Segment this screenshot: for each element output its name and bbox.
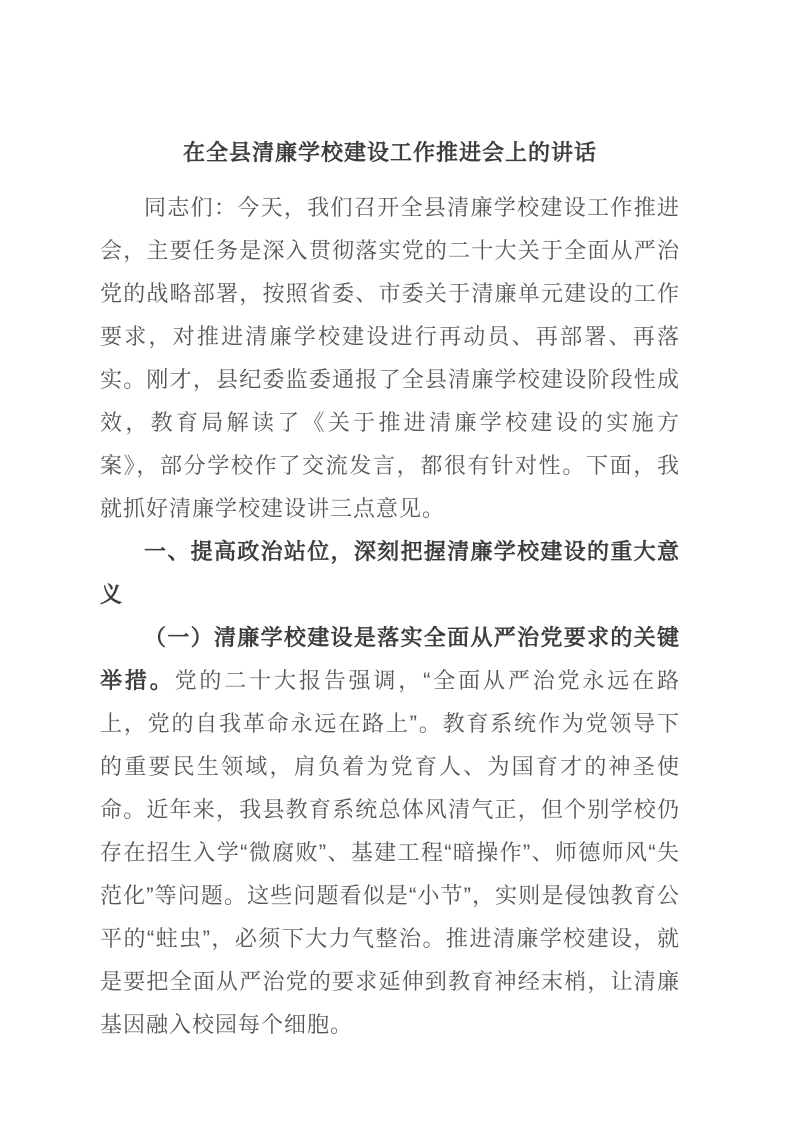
opening-paragraph: 同志们：今天，我们召开全县清廉学校建设工作推进会，主要任务是深入贯彻落实党的二十…: [100, 186, 680, 530]
document-title: 在全县清廉学校建设工作推进会上的讲话: [100, 131, 680, 174]
section1-sub1-paragraph: （一）清廉学校建设是落实全面从严治党要求的关键举措。党的二十大报告强调，“全面从…: [100, 616, 680, 1046]
section1-heading: 一、提高政治站位，深刻把握清廉学校建设的重大意义: [100, 530, 680, 616]
document-page: 在全县清廉学校建设工作推进会上的讲话 同志们：今天，我们召开全县清廉学校建设工作…: [0, 0, 793, 1122]
section1-sub1-text: 党的二十大报告强调，“全面从严治党永远在路上，党的自我革命永远在路上”。教育系统…: [100, 668, 680, 1037]
